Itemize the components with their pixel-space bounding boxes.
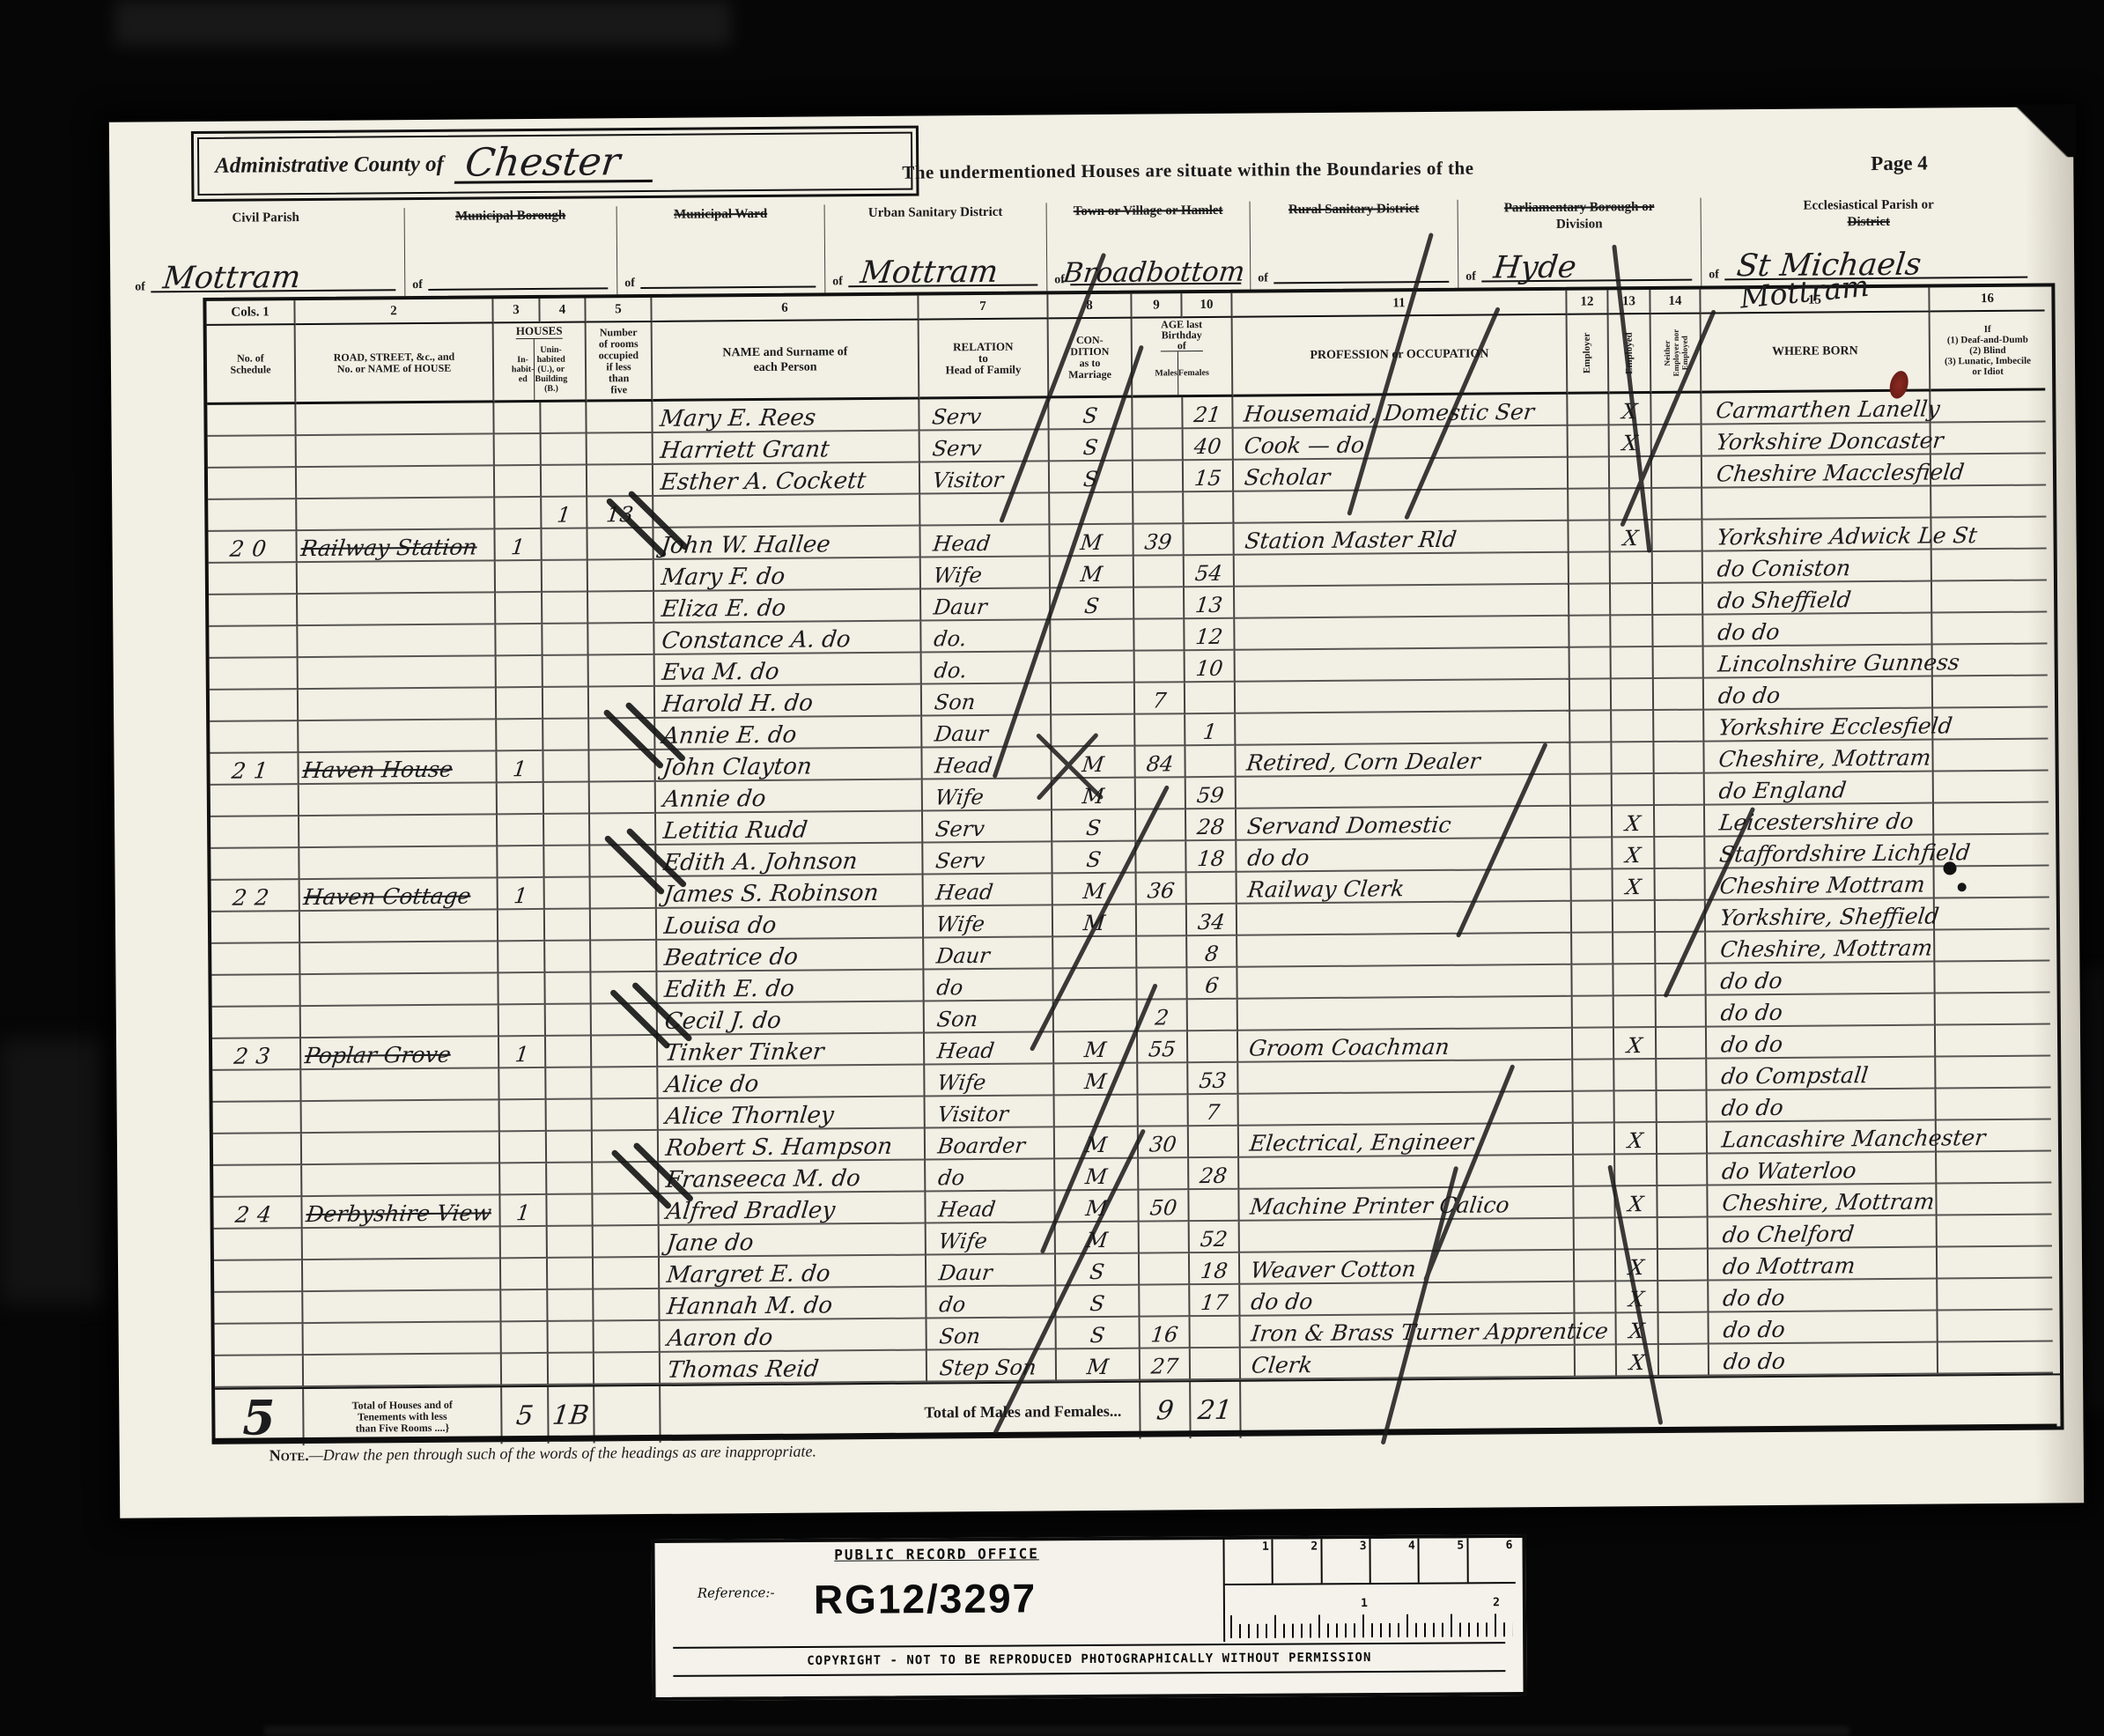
cell-age-male: 30 xyxy=(1139,1127,1189,1158)
cell-employed: X xyxy=(1615,1123,1657,1155)
cell-age-female: 54 xyxy=(1185,556,1235,587)
cell-relation: Visitor xyxy=(926,1096,1055,1128)
cell-employer xyxy=(1572,901,1613,933)
cell-relation: Wife xyxy=(926,1223,1056,1255)
cell-relation: Visitor xyxy=(920,462,1050,494)
cell-house: Poplar Grove xyxy=(301,1037,499,1070)
cell-age-male: 36 xyxy=(1137,873,1187,905)
cell-age-female: 18 xyxy=(1190,1253,1240,1285)
cell-employed xyxy=(1616,1218,1658,1250)
footnote: Note.—Draw the pen through such of the w… xyxy=(269,1443,816,1466)
cell-where-born: Cheshire, Mottram xyxy=(1704,741,1933,774)
cell-age-male xyxy=(1139,1158,1189,1190)
cell-age-female: 15 xyxy=(1184,461,1234,492)
cell-relation xyxy=(920,493,1050,526)
cell-neither xyxy=(1652,489,1702,521)
totals-uninhabited: 1B xyxy=(551,1400,591,1430)
cell-inhabited xyxy=(498,783,544,815)
cell-rooms xyxy=(592,1036,658,1068)
cell-rooms xyxy=(594,1258,660,1290)
cell-employer xyxy=(1570,679,1612,711)
cell-house xyxy=(303,1290,501,1324)
cell-neither xyxy=(1653,584,1703,616)
cell-occupation: Groom Coachman xyxy=(1238,1029,1573,1063)
cell-where-born: do do xyxy=(1703,614,1932,647)
cell-name: Alice do xyxy=(658,1066,925,1099)
cell-rooms xyxy=(591,877,657,910)
cell-schedule xyxy=(214,1292,303,1325)
column-number: 14 xyxy=(1650,290,1701,314)
census-table: Cols. 12345678910111213141516 No. of Sch… xyxy=(203,283,2063,1444)
column-number: 8 xyxy=(1048,294,1132,320)
cell-inhabited xyxy=(499,1005,546,1037)
cell-employer xyxy=(1569,521,1610,552)
cell-uninhabited xyxy=(546,1005,592,1037)
cell-rooms xyxy=(588,624,654,656)
cell-occupation xyxy=(1237,775,1571,809)
cell-house xyxy=(303,1227,501,1260)
cell-employed: X xyxy=(1613,806,1655,838)
cell-condition xyxy=(1050,493,1133,526)
cell-age-male xyxy=(1137,905,1187,936)
cell-schedule xyxy=(210,658,299,691)
cell-schedule: 21 xyxy=(210,753,299,786)
cell-uninhabited xyxy=(546,1068,592,1100)
column-number: 11 xyxy=(1232,291,1567,318)
cell-relation: Wife xyxy=(925,1064,1054,1097)
cell-condition: M xyxy=(1054,1064,1138,1097)
cell-age-female xyxy=(1184,492,1234,524)
cell-where-born: do Compstall xyxy=(1707,1058,1936,1091)
cell-condition xyxy=(1052,715,1135,748)
cell-condition xyxy=(1052,652,1135,684)
cell-age-male xyxy=(1137,968,1187,1000)
town-village-value: Broadbottom xyxy=(1061,256,1246,290)
cell-occupation: Cook — do xyxy=(1234,426,1569,461)
cell-house: Derbyshire View xyxy=(302,1195,500,1229)
cell-relation: Serv xyxy=(920,430,1050,462)
cell-where-born: do do xyxy=(1709,1280,1938,1313)
cell-inhabited xyxy=(498,846,544,878)
cell-uninhabited xyxy=(543,561,588,593)
cell-occupation: Iron & Brass Turner Apprentice xyxy=(1240,1314,1575,1348)
cell-occupation xyxy=(1238,1060,1573,1095)
ruler-cm-cell: 5 xyxy=(1420,1538,1469,1582)
cell-name: Esther A. Cockett xyxy=(653,463,920,497)
cell-employer xyxy=(1570,647,1612,679)
cell-employer xyxy=(1573,1028,1614,1060)
cell-where-born: Yorkshire Doncaster xyxy=(1702,424,1931,457)
cell-neither xyxy=(1656,869,1706,901)
cell-age-male xyxy=(1140,1222,1190,1253)
cell-where-born: Staffordshire Lichfield xyxy=(1705,836,1934,869)
cell-age-female: 40 xyxy=(1184,429,1234,461)
cell-neither xyxy=(1658,1282,1709,1313)
cell-employer xyxy=(1569,489,1610,521)
cell-occupation xyxy=(1236,712,1570,746)
cell-uninhabited xyxy=(544,846,590,878)
cell-infirmity xyxy=(1935,898,2049,931)
cell-occupation: Station Master Rld xyxy=(1234,521,1569,556)
cell-age-male xyxy=(1134,587,1185,619)
cell-infirmity xyxy=(1933,740,2048,772)
cell-employed xyxy=(1612,679,1654,711)
cell-employer xyxy=(1575,1313,1616,1345)
cell-inhabited: 1 xyxy=(498,878,545,910)
header-name: NAME and Surname of each Person xyxy=(653,321,920,402)
cell-infirmity xyxy=(1937,1151,2051,1184)
cell-age-male xyxy=(1140,1253,1190,1285)
cell-age-female: 1 xyxy=(1185,714,1236,746)
cell-infirmity xyxy=(1938,1278,2052,1311)
cell-condition: M xyxy=(1056,1223,1140,1255)
cell-where-born xyxy=(1702,487,1931,521)
cell-employed xyxy=(1611,584,1653,616)
cell-house xyxy=(300,973,498,1007)
cell-where-born: do do xyxy=(1706,963,1935,996)
cell-rooms xyxy=(591,909,657,942)
cell-where-born: do do xyxy=(1707,1026,1936,1060)
cell-occupation: Servand Domestic xyxy=(1237,807,1571,841)
cell-neither xyxy=(1657,1060,1707,1091)
cell-name: Louisa do xyxy=(657,907,924,941)
census-page: Administrative County of Chester The und… xyxy=(109,107,2084,1518)
cell-infirmity xyxy=(1936,1089,2050,1121)
cell-uninhabited xyxy=(543,593,588,624)
cell-inhabited xyxy=(497,720,543,751)
cell-neither xyxy=(1657,1186,1708,1218)
column-number: 13 xyxy=(1608,290,1650,314)
cell-schedule xyxy=(213,1165,302,1198)
cell-relation: Serv xyxy=(919,398,1049,431)
cell-relation: Wife xyxy=(923,779,1052,811)
cell-rooms xyxy=(592,1004,658,1037)
cell-age-male: 39 xyxy=(1133,524,1184,556)
cell-employer xyxy=(1575,1218,1616,1250)
cell-schedule xyxy=(208,468,297,500)
cell-infirmity xyxy=(1938,1246,2052,1279)
cell-age-male xyxy=(1135,651,1185,683)
cell-infirmity xyxy=(1936,1057,2050,1090)
column-number: 5 xyxy=(586,298,652,323)
cell-inhabited: 1 xyxy=(500,1195,547,1227)
cell-employed xyxy=(1611,616,1653,647)
film-grain xyxy=(114,0,731,46)
cell-condition: S xyxy=(1052,842,1136,875)
cell-infirmity xyxy=(1932,581,2047,614)
cell-infirmity xyxy=(1931,518,2046,550)
cell-age-female xyxy=(1185,746,1236,778)
cell-relation: Step Son xyxy=(927,1349,1057,1382)
cell-house xyxy=(301,1005,499,1038)
header-inhabited: In- habit- ed xyxy=(512,339,535,400)
cell-employer xyxy=(1574,1155,1615,1186)
cell-house xyxy=(302,1132,500,1165)
header-age-group: AGE last Birthday of Males Females xyxy=(1133,318,1234,398)
cell-house: Haven Cottage xyxy=(300,878,498,912)
cell-occupation xyxy=(1239,1092,1574,1127)
cell-relation: do. xyxy=(921,620,1051,653)
cell-age-female: 52 xyxy=(1190,1222,1240,1253)
cell-neither xyxy=(1654,711,1704,742)
cell-condition: M xyxy=(1054,1032,1138,1065)
cell-age-female xyxy=(1184,524,1234,556)
cell-relation: Wife xyxy=(921,557,1051,589)
cell-age-female: 18 xyxy=(1186,841,1237,873)
cell-inhabited: 1 xyxy=(495,529,542,561)
cell-employed: X xyxy=(1610,521,1652,552)
cell-age-male xyxy=(1135,714,1185,746)
cell-infirmity xyxy=(1931,486,2046,519)
cell-uninhabited xyxy=(543,751,589,783)
cell-house xyxy=(300,910,498,943)
parliamentary-value: Hyde xyxy=(1492,250,1578,286)
cell-neither xyxy=(1654,742,1704,774)
cell-age-male xyxy=(1136,809,1186,841)
cell-house xyxy=(299,783,498,816)
cell-rooms xyxy=(590,782,656,815)
cell-where-born: do do xyxy=(1708,1090,1937,1123)
cell-name: Beatrice do xyxy=(657,939,924,972)
cell-condition xyxy=(1052,683,1135,716)
cell-occupation xyxy=(1239,1156,1574,1190)
cell-employer xyxy=(1575,1282,1616,1313)
cell-inhabited xyxy=(498,942,545,973)
cell-age-female xyxy=(1188,1000,1238,1031)
cell-relation: Wife xyxy=(924,905,1053,938)
cell-schedule xyxy=(210,785,299,817)
cell-condition: M xyxy=(1051,557,1134,589)
cell-infirmity xyxy=(1934,803,2049,836)
cell-condition: M xyxy=(1052,747,1135,779)
cell-neither xyxy=(1656,964,1706,996)
field-ecclesiastical-parish: Ecclesiastical Parish or District of St … xyxy=(1702,196,2037,286)
cell-employed: X xyxy=(1616,1313,1658,1345)
cell-name: Edith A. Johnson xyxy=(656,844,923,877)
cell-age-male xyxy=(1138,1063,1188,1095)
cell-name xyxy=(653,495,920,528)
cell-schedule xyxy=(214,1229,303,1261)
administrative-county-value: Chester xyxy=(454,144,656,183)
ruler-cm-cell: 6 xyxy=(1468,1538,1516,1582)
cell-age-male xyxy=(1134,619,1185,651)
cell-rooms xyxy=(594,1226,660,1259)
cell-name: Mary E. Rees xyxy=(653,400,919,433)
cell-age-male xyxy=(1137,936,1187,968)
cell-occupation: Machine Printer Calico xyxy=(1239,1187,1574,1222)
cell-employer xyxy=(1570,742,1612,774)
cell-infirmity xyxy=(1936,1025,2050,1058)
cell-schedule xyxy=(209,595,298,627)
cell-name: Robert S. Hampson xyxy=(659,1129,926,1163)
film-grain xyxy=(0,1039,106,1304)
cell-name: Aaron do xyxy=(661,1319,927,1353)
cell-employed xyxy=(1612,647,1654,679)
cell-rooms xyxy=(591,941,657,973)
cell-occupation xyxy=(1237,934,1572,968)
cell-relation: Head xyxy=(924,874,1053,906)
administrative-county-label: Administrative County of xyxy=(215,152,444,179)
cell-inhabited xyxy=(495,466,542,498)
cell-relation: Daur xyxy=(922,715,1052,748)
cell-relation: Daur xyxy=(926,1254,1056,1287)
cell-house xyxy=(299,815,498,848)
civil-parish-value: Mottram xyxy=(161,260,302,296)
cell-house xyxy=(302,1100,500,1134)
cell-name: Thomas Reid xyxy=(661,1351,927,1385)
cell-employed: X xyxy=(1617,1345,1659,1377)
cell-infirmity xyxy=(1938,1310,2052,1342)
cell-condition: S xyxy=(1052,810,1136,843)
cell-infirmity xyxy=(1937,1183,2051,1215)
cell-neither xyxy=(1652,457,1702,489)
cell-rooms xyxy=(593,1099,659,1132)
cell-rooms xyxy=(589,687,655,720)
cell-uninhabited xyxy=(549,1321,594,1353)
cell-age-female xyxy=(1189,1127,1239,1158)
cell-schedule xyxy=(213,1102,302,1134)
cell-infirmity xyxy=(1935,930,2049,963)
cell-occupation: Housemaid, Domestic Ser xyxy=(1233,395,1568,429)
cell-schedule xyxy=(212,1007,301,1039)
cell-infirmity xyxy=(1934,772,2049,804)
cell-occupation xyxy=(1235,585,1569,619)
cell-age-male: 7 xyxy=(1135,683,1185,714)
cell-relation: do xyxy=(924,969,1053,1001)
cell-age-male xyxy=(1133,429,1184,461)
cell-schedule xyxy=(215,1356,304,1388)
cell-infirmity xyxy=(1935,962,2049,994)
cell-name: Jane do xyxy=(660,1224,926,1258)
cell-employer xyxy=(1574,1091,1615,1123)
cell-employed: X xyxy=(1616,1250,1658,1282)
cell-rooms xyxy=(591,972,657,1005)
cell-schedule xyxy=(210,690,299,722)
cell-employed: X xyxy=(1615,1186,1657,1218)
cell-age-female xyxy=(1191,1348,1241,1380)
cell-name: Eva M. do xyxy=(655,654,922,687)
cell-rooms xyxy=(593,1131,659,1163)
cell-name: Harriett Grant xyxy=(653,432,920,465)
cell-occupation xyxy=(1234,490,1569,524)
cell-neither xyxy=(1651,394,1702,425)
cell-name: Tinker Tinker xyxy=(658,1034,925,1067)
cell-inhabited xyxy=(498,910,545,942)
cell-inhabited xyxy=(498,973,545,1005)
cell-where-born: Yorkshire, Sheffield xyxy=(1706,899,1935,933)
cell-uninhabited xyxy=(544,783,590,815)
header-infirmity: If (1) Deaf-and-Dumb (2) Blind (3) Lunat… xyxy=(1931,312,2046,392)
cell-name: Edith E. do xyxy=(657,971,924,1004)
cell-age-male: 16 xyxy=(1141,1317,1191,1348)
cell-uninhabited xyxy=(548,1259,594,1290)
cell-occupation: Weaver Cotton xyxy=(1240,1251,1575,1285)
cell-employer xyxy=(1569,457,1610,489)
cell-condition: S xyxy=(1056,1254,1140,1287)
cell-uninhabited xyxy=(543,688,589,720)
cell-employer xyxy=(1574,1123,1615,1155)
cell-name: James S. Robinson xyxy=(657,875,924,909)
cell-occupation xyxy=(1236,648,1570,683)
header-employer: Employer xyxy=(1583,333,1592,374)
cell-condition: S xyxy=(1057,1318,1141,1350)
cell-infirmity xyxy=(1938,1215,2052,1247)
cell-house xyxy=(302,1163,500,1197)
cell-occupation xyxy=(1238,997,1573,1031)
cell-house xyxy=(303,1259,501,1292)
cell-rooms xyxy=(590,846,656,878)
cell-age-male xyxy=(1136,841,1186,873)
cell-condition: M xyxy=(1055,1191,1139,1223)
cell-neither xyxy=(1654,679,1704,711)
cell-house xyxy=(301,1068,499,1102)
cell-name: Alice Thornley xyxy=(659,1097,926,1131)
column-headers-row: No. of Schedule ROAD, STREET, &c., and N… xyxy=(207,311,2053,404)
cell-employed xyxy=(1613,964,1656,996)
cell-occupation xyxy=(1236,680,1570,714)
cell-where-born: do Sheffield xyxy=(1703,582,1932,616)
cell-inhabited xyxy=(500,1132,547,1163)
cell-neither xyxy=(1657,996,1707,1028)
cell-house xyxy=(299,846,498,880)
cell-inhabited xyxy=(500,1163,547,1195)
film-grain xyxy=(264,1726,1849,1736)
ruler-cm-cell: 1 xyxy=(1224,1540,1273,1584)
cell-age-female: 13 xyxy=(1185,587,1235,619)
cell-occupation: Electrical, Engineer xyxy=(1239,1124,1574,1158)
cell-inhabited xyxy=(502,1322,549,1354)
cell-name: John Clayton xyxy=(655,749,922,782)
cell-where-born: Lancashire Manchester xyxy=(1708,1121,1937,1155)
cell-where-born: Cheshire Mottram xyxy=(1706,868,1935,901)
cell-employer xyxy=(1573,996,1614,1028)
cell-where-born: do do xyxy=(1704,677,1933,711)
cell-name: Margret E. do xyxy=(660,1256,926,1289)
cell-schedule xyxy=(207,404,296,437)
header-males: Males xyxy=(1155,351,1178,395)
cell-where-born: Leicestershire do xyxy=(1705,804,1934,838)
field-municipal-ward: Municipal Ward of xyxy=(617,204,826,294)
cell-relation: Serv xyxy=(923,842,1052,875)
cell-age-female: 28 xyxy=(1189,1158,1239,1190)
cell-inhabited: 1 xyxy=(499,1037,546,1068)
cell-where-born: do England xyxy=(1705,772,1934,806)
cell-where-born: do Mottram xyxy=(1709,1248,1938,1282)
cell-schedule: 20 xyxy=(208,531,297,564)
page-number: Page 4 xyxy=(1871,152,1928,176)
cell-name: Annie do xyxy=(656,780,923,814)
header-houses-group: HOUSES In- habit- ed Unin- habited (U.),… xyxy=(494,323,587,403)
cell-condition: M xyxy=(1052,779,1136,811)
cell-inhabited xyxy=(501,1290,548,1322)
cell-name: Harold H. do xyxy=(655,685,922,719)
cell-schedule: 23 xyxy=(212,1038,301,1071)
cell-uninhabited xyxy=(547,1100,593,1132)
cell-age-female xyxy=(1187,873,1237,905)
cell-relation: Head xyxy=(926,1191,1055,1223)
cell-condition: M xyxy=(1055,1159,1139,1192)
ink-dot xyxy=(1958,883,1967,891)
cell-age-male: 2 xyxy=(1138,1000,1188,1031)
cell-inhabited xyxy=(496,561,543,593)
cell-condition: S xyxy=(1056,1286,1140,1319)
scale-ruler: 123456 1 2 xyxy=(1222,1538,1516,1642)
cell-employed: X xyxy=(1613,869,1656,901)
cell-relation: do xyxy=(926,1159,1055,1192)
header-condition: CON- DITION as to Marriage xyxy=(1049,319,1133,399)
cell-inhabited: 1 xyxy=(497,751,543,783)
cell-schedule xyxy=(211,912,300,944)
